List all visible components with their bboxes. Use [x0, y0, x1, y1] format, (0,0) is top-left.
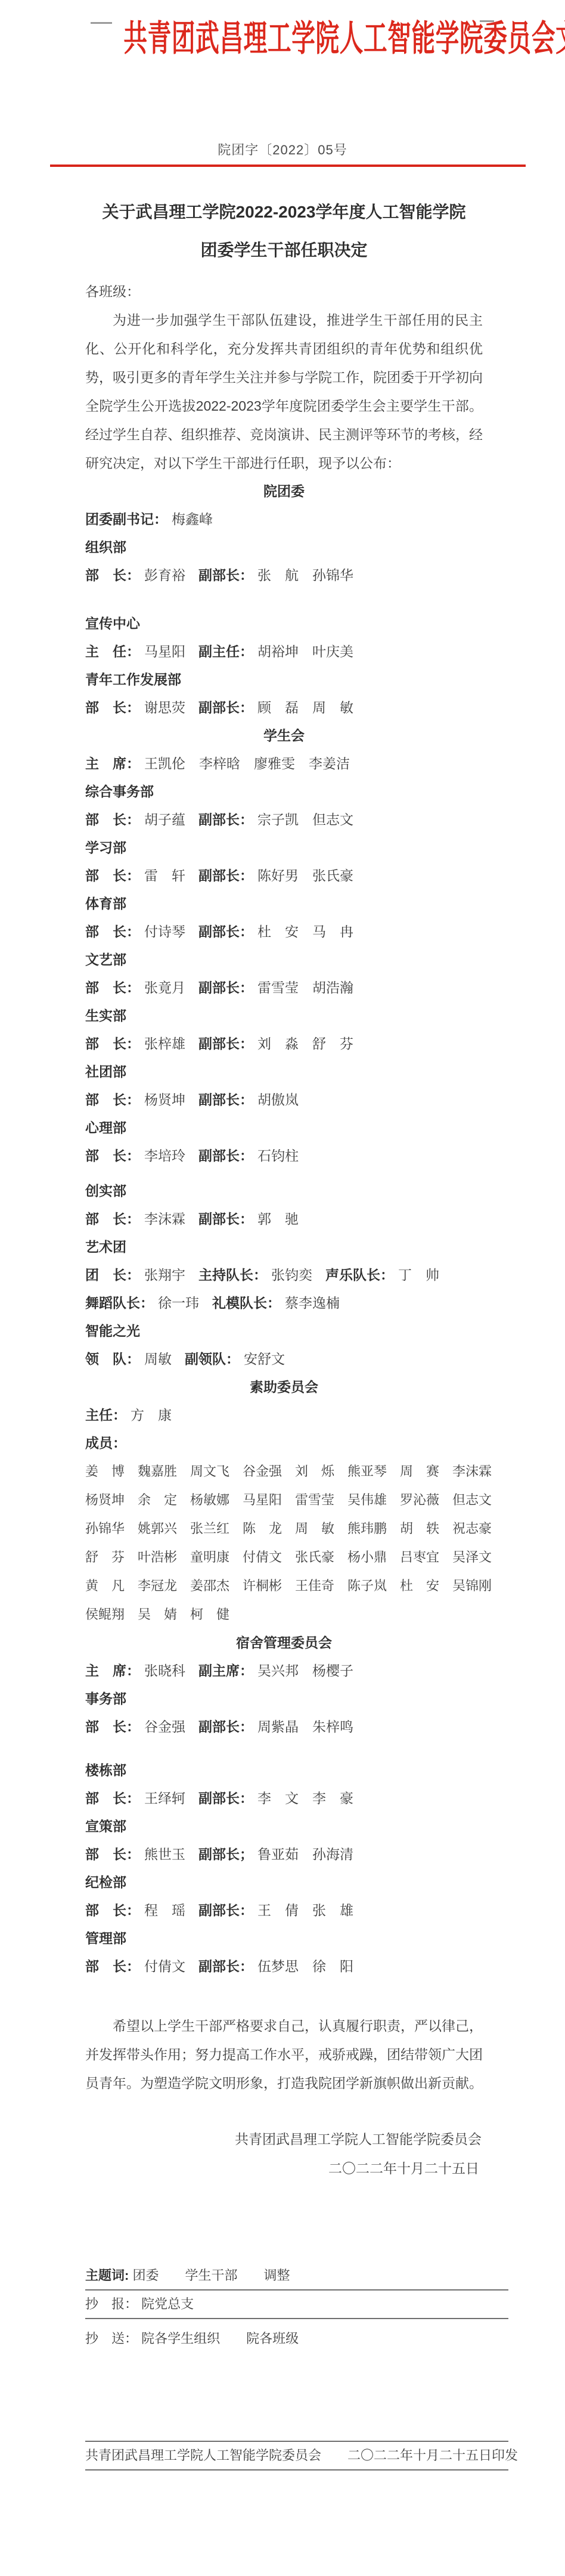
role-part: 部 长：杨贤坤	[85, 1092, 185, 1107]
role-line: 成员：	[85, 1429, 483, 1457]
department-heading: 艺术团	[85, 1233, 483, 1261]
role-line: 团委副书记：梅鑫峰	[85, 505, 483, 533]
role-part: 团委副书记：梅鑫峰	[85, 511, 213, 527]
role-names: 丁 帅	[398, 1267, 439, 1283]
role-label: 副部长：	[198, 1092, 253, 1107]
role-part: 副部长：宗子凯 但志文	[198, 812, 353, 827]
document-title: 关于武昌理工学院2022-2023学年度人工智能学院 团委学生干部任职决定	[85, 193, 483, 269]
role-names: 徐一玮	[158, 1295, 199, 1311]
role-part: 副主席：吴兴邦 杨樱子	[198, 1663, 353, 1678]
role-part: 副部长：顾 磊 周 敏	[198, 700, 353, 715]
role-line: 部 长：谷金强副部长：周紫晶 朱梓鸣	[85, 1713, 483, 1741]
role-label: 部 长：	[85, 812, 140, 827]
role-label: 声乐队长：	[325, 1267, 394, 1283]
role-label: 部 长：	[85, 1902, 140, 1918]
role-part: 副部长：石钧柱	[198, 1148, 299, 1163]
role-line: 部 长：张梓雄副部长：刘 淼 舒 芬	[85, 1030, 483, 1058]
role-names: 张翔宇	[144, 1267, 185, 1283]
role-part: 部 长：张梓雄	[85, 1036, 185, 1051]
role-names: 鲁亚茹 孙海清	[257, 1846, 353, 1862]
document-title-line1: 关于武昌理工学院2022-2023学年度人工智能学院	[85, 193, 483, 231]
department-heading: 宣传中心	[85, 610, 483, 638]
copy-send-label: 抄 送：	[85, 2331, 138, 2346]
department-heading: 体育部	[85, 890, 483, 918]
role-label: 主 席：	[85, 1663, 140, 1678]
role-names: 雷 轩	[144, 868, 185, 883]
copy-send-value: 院各学生组织 院各班级	[141, 2331, 299, 2346]
role-part: 主 席：王凯伦 李梓晗 廖雅雯 李姜洁	[85, 756, 350, 771]
appointments-list: 院团委团委副书记：梅鑫峰组织部部 长：彭育裕副部长：张 航 孙锦华宣传中心主 任…	[85, 477, 483, 1981]
role-label: 团 长：	[85, 1267, 140, 1283]
role-line: 主 席：王凯伦 李梓晗 廖雅雯 李姜洁	[85, 750, 483, 778]
role-names: 顾 磊 周 敏	[257, 700, 353, 715]
role-label: 部 长：	[85, 1959, 140, 1974]
role-part: 副部长：张 航 孙锦华	[198, 567, 353, 583]
members-row: 杨贤坤 余 定 杨敏娜 马星阳 雷雪莹 吴伟雄 罗沁薇 但志文	[85, 1486, 483, 1514]
role-names: 谢思荧	[144, 700, 185, 715]
role-label: 主 任：	[85, 644, 140, 659]
department-heading: 学习部	[85, 834, 483, 862]
role-part: 副部长：刘 淼 舒 芬	[198, 1036, 353, 1051]
role-names: 王凯伦 李梓晗 廖雅雯 李姜洁	[144, 756, 350, 771]
intro-paragraph: 为进一步加强学生干部队伍建设，推进学生干部任用的民主化、公开化和科学化，充分发挥…	[85, 306, 483, 477]
role-label: 副部长：	[198, 1959, 253, 1974]
spacer	[85, 589, 483, 610]
role-names: 付诗琴	[144, 924, 185, 939]
role-names: 张竟月	[144, 980, 185, 995]
role-label: 副领队：	[185, 1351, 240, 1367]
role-part: 副部长：郭 驰	[198, 1211, 299, 1227]
role-names: 杨贤坤	[144, 1092, 185, 1107]
spacer	[85, 1170, 483, 1177]
role-names: 吴兴邦 杨樱子	[257, 1663, 353, 1678]
role-names: 蔡李逸楠	[285, 1295, 340, 1311]
role-label: 礼模队长：	[212, 1295, 281, 1311]
role-label: 部 长：	[85, 1211, 140, 1227]
role-label: 副部长：	[198, 980, 253, 995]
role-names: 胡子蕴	[144, 812, 185, 827]
role-label: 副部长：	[198, 1036, 253, 1051]
role-line: 部 长：付诗琴副部长：杜 安 马 冉	[85, 918, 483, 946]
keywords-row: 主题词: 团委 学生干部 调整	[85, 2262, 508, 2289]
role-label: 副部长：	[198, 924, 253, 939]
role-label: 主任：	[85, 1407, 126, 1423]
role-names: 李培玲	[144, 1148, 185, 1163]
role-names: 郭 驰	[257, 1211, 299, 1227]
role-names: 雷雪莹 胡浩瀚	[257, 980, 353, 995]
role-line: 部 长：雷 轩副部长：陈好男 张氏豪	[85, 862, 483, 890]
role-part: 主任：方 康	[85, 1407, 172, 1423]
role-label: 副主任：	[198, 644, 253, 659]
department-heading: 楼栋部	[85, 1756, 483, 1784]
role-names: 王 倩 张 雄	[257, 1902, 353, 1918]
role-label: 部 长：	[85, 1036, 140, 1051]
role-line: 部 长：胡子蕴副部长：宗子凯 但志文	[85, 806, 483, 834]
role-part: 副部长：周紫晶 朱梓鸣	[198, 1719, 353, 1734]
role-names: 刘 淼 舒 芬	[257, 1036, 353, 1051]
letterhead: 共青团武昌理工学院人工智能学院委员会文件	[0, 0, 565, 59]
footer-spacer	[85, 2352, 508, 2441]
role-names: 杜 安 马 冉	[257, 924, 353, 939]
separator-line	[85, 2469, 508, 2471]
role-part: 领 队：周敏	[85, 1351, 172, 1367]
role-label: 部 长：	[85, 868, 140, 883]
role-names: 方 康	[131, 1407, 172, 1423]
role-part: 部 长：谷金强	[85, 1719, 185, 1734]
role-line: 团 长：张翔宇主持队长：张钧奕声乐队长：丁 帅	[85, 1261, 483, 1289]
role-line: 部 长：杨贤坤副部长：胡傲岚	[85, 1086, 483, 1114]
role-names: 周敏	[144, 1351, 172, 1367]
role-part: 主持队长：张钧奕	[198, 1267, 312, 1283]
members-row: 舒 芬 叶浩彬 童明康 付倩文 张氏豪 杨小鼎 吕枣宜 吴泽文	[85, 1543, 483, 1572]
red-divider-line	[50, 165, 526, 167]
role-label: 部 长：	[85, 924, 140, 939]
role-line: 部 长：王绎轲副部长：李 文 李 豪	[85, 1784, 483, 1812]
role-part: 声乐队长：丁 帅	[325, 1267, 439, 1283]
document-body: 关于武昌理工学院2022-2023学年度人工智能学院 团委学生干部任职决定 各班…	[0, 193, 565, 2183]
department-heading: 社团部	[85, 1058, 483, 1086]
role-names: 程 瑶	[144, 1902, 185, 1918]
role-names: 付倩文	[144, 1959, 185, 1974]
role-part: 主 任：马星阳	[85, 644, 185, 659]
role-part: 主 席：张晓科	[85, 1663, 185, 1678]
copy-report-value: 院党总支	[141, 2296, 194, 2311]
members-row: 姜 博 魏嘉胜 周文飞 谷金强 刘 烁 熊亚琴 周 赛 李沫霖	[85, 1457, 483, 1486]
department-heading: 综合事务部	[85, 778, 483, 806]
committee-heading: 素助委员会	[85, 1373, 483, 1401]
department-heading: 文艺部	[85, 946, 483, 974]
role-line: 主 席：张晓科副主席：吴兴邦 杨樱子	[85, 1657, 483, 1685]
role-line: 部 长：谢思荧副部长：顾 磊 周 敏	[85, 694, 483, 722]
copy-send-row: 抄 送： 院各学生组织 院各班级	[85, 2325, 508, 2352]
department-heading: 管理部	[85, 1925, 483, 1953]
role-names: 梅鑫峰	[172, 511, 213, 527]
role-label: 部 长：	[85, 1790, 140, 1806]
role-label: 副部长：	[198, 1902, 253, 1918]
committee-heading: 院团委	[85, 477, 483, 505]
document-number: 院团字〔2022〕05号	[0, 140, 565, 159]
role-label: 副部长：	[198, 868, 253, 883]
department-heading: 青年工作发展部	[85, 666, 483, 694]
role-line: 部 长：熊世玉副部长；鲁亚茹 孙海清	[85, 1841, 483, 1869]
role-names: 胡傲岚	[257, 1092, 299, 1107]
role-part: 部 长：李培玲	[85, 1148, 185, 1163]
committee-heading: 学生会	[85, 722, 483, 750]
role-label: 部 长：	[85, 1092, 140, 1107]
committee-heading: 宿舍管理委员会	[85, 1629, 483, 1657]
document-page: 共青团武昌理工学院人工智能学院委员会文件 院团字〔2022〕05号 关于武昌理工…	[0, 0, 565, 2576]
role-names: 彭育裕	[144, 567, 185, 583]
role-label: 主持队长：	[198, 1267, 267, 1283]
department-heading: 智能之光	[85, 1317, 483, 1345]
role-label: 主 席：	[85, 756, 140, 771]
role-names: 熊世玉	[144, 1846, 185, 1862]
role-part: 部 长：胡子蕴	[85, 812, 185, 827]
role-names: 胡裕坤 叶庆美	[257, 644, 353, 659]
copy-report-label: 抄 报：	[85, 2296, 138, 2311]
role-part: 部 长：彭育裕	[85, 567, 185, 583]
department-heading: 心理部	[85, 1114, 483, 1142]
role-part: 副主任：胡裕坤 叶庆美	[198, 644, 353, 659]
role-names: 石钧柱	[257, 1148, 299, 1163]
role-label: 部 长：	[85, 1148, 140, 1163]
imprint-row: 共青团武昌理工学院人工智能学院委员会 二〇二二年十月二十五日印发	[85, 2442, 508, 2469]
role-part: 部 长：程 瑶	[85, 1902, 185, 1918]
closing-paragraph: 希望以上学生干部严格要求自己，认真履行职责，严以律己，并发挥带头作用；努力提高工…	[85, 2012, 483, 2097]
role-label: 成员：	[85, 1435, 126, 1451]
role-label: 副部长：	[198, 1719, 253, 1734]
role-names: 伍梦思 徐 阳	[257, 1959, 353, 1974]
separator-line	[85, 2318, 508, 2319]
copy-report-row: 抄 报： 院党总支	[85, 2291, 508, 2318]
spacer	[85, 1741, 483, 1756]
role-line: 部 长：李沫霖副部长：郭 驰	[85, 1205, 483, 1233]
role-names: 张晓科	[144, 1663, 185, 1678]
salutation: 各班级：	[85, 278, 483, 306]
members-row: 黄 凡 李冠龙 姜邵杰 许桐彬 王佳奇 陈子岚 杜 安 吴锦刚	[85, 1572, 483, 1600]
role-line: 领 队：周敏副领队：安舒文	[85, 1345, 483, 1373]
department-heading: 纪检部	[85, 1869, 483, 1897]
department-heading: 创实部	[85, 1177, 483, 1205]
role-label: 部 长：	[85, 1719, 140, 1734]
document-footer: 主题词: 团委 学生干部 调整 抄 报： 院党总支 抄 送： 院各学生组织 院各…	[0, 2262, 565, 2471]
role-part: 部 长：付诗琴	[85, 924, 185, 939]
role-part: 副部长：胡傲岚	[198, 1092, 299, 1107]
role-line: 部 长：彭育裕副部长：张 航 孙锦华	[85, 561, 483, 589]
role-names: 张钧奕	[271, 1267, 312, 1283]
role-label: 部 长：	[85, 700, 140, 715]
members-row: 侯鲲翔 吴 婧 柯 健	[85, 1600, 483, 1629]
role-part: 副部长：杜 安 马 冉	[198, 924, 353, 939]
role-part: 礼模队长：蔡李逸楠	[212, 1295, 340, 1311]
role-names: 李 文 李 豪	[257, 1790, 353, 1806]
role-label: 副主席：	[198, 1663, 253, 1678]
department-heading: 生实部	[85, 1002, 483, 1030]
role-names: 宗子凯 但志文	[257, 812, 353, 827]
role-label: 副部长：	[198, 567, 253, 583]
keywords-value: 团委 学生干部 调整	[132, 2268, 290, 2283]
role-label: 副部长：	[198, 1790, 253, 1806]
role-label: 副部长：	[198, 1211, 253, 1227]
role-names: 周紫晶 朱梓鸣	[257, 1719, 353, 1734]
keywords-label: 主题词:	[85, 2268, 129, 2283]
role-part: 副部长；鲁亚茹 孙海清	[198, 1846, 353, 1862]
role-line: 舞蹈队长：徐一玮礼模队长：蔡李逸楠	[85, 1289, 483, 1317]
role-label: 副部长：	[198, 812, 253, 827]
role-part: 副部长：陈好男 张氏豪	[198, 868, 353, 883]
role-line: 部 长：付倩文副部长：伍梦思 徐 阳	[85, 1953, 483, 1981]
role-part: 部 长：熊世玉	[85, 1846, 185, 1862]
department-heading: 宣策部	[85, 1812, 483, 1841]
role-part: 部 长：王绎轲	[85, 1790, 185, 1806]
scan-artifact	[91, 22, 112, 24]
role-label: 领 队：	[85, 1351, 140, 1367]
role-part: 舞蹈队长：徐一玮	[85, 1295, 199, 1311]
role-names: 张梓雄	[144, 1036, 185, 1051]
role-label: 副部长：	[198, 1148, 253, 1163]
role-part: 副部长：雷雪莹 胡浩瀚	[198, 980, 353, 995]
role-part: 部 长：李沫霖	[85, 1211, 185, 1227]
signature-date: 二〇二二年十月二十五日	[85, 2153, 483, 2183]
document-title-line2: 团委学生干部任职决定	[85, 231, 483, 269]
role-part: 副部长：伍梦思 徐 阳	[198, 1959, 353, 1974]
role-part: 部 长：谢思荧	[85, 700, 185, 715]
role-label: 部 长：	[85, 567, 140, 583]
role-part: 部 长：付倩文	[85, 1959, 185, 1974]
role-line: 部 长：程 瑶副部长：王 倩 张 雄	[85, 1897, 483, 1925]
role-part: 副部长：王 倩 张 雄	[198, 1902, 353, 1918]
role-line: 主 任：马星阳副主任：胡裕坤 叶庆美	[85, 638, 483, 666]
role-names: 王绎轲	[144, 1790, 185, 1806]
role-names: 张 航 孙锦华	[257, 567, 353, 583]
role-names: 陈好男 张氏豪	[257, 868, 353, 883]
members-row: 孙锦华 姚郭兴 张兰红 陈 龙 周 敏 熊玮鹏 胡 轶 祝志豪	[85, 1514, 483, 1543]
role-part: 副部长：李 文 李 豪	[198, 1790, 353, 1806]
role-label: 部 长：	[85, 1846, 140, 1862]
role-names: 谷金强	[144, 1719, 185, 1734]
role-label: 舞蹈队长：	[85, 1295, 154, 1311]
role-line: 部 长：张竟月副部长：雷雪莹 胡浩瀚	[85, 974, 483, 1002]
role-names: 李沫霖	[144, 1211, 185, 1227]
role-names: 马星阳	[144, 644, 185, 659]
role-part: 部 长：雷 轩	[85, 868, 185, 883]
role-line: 部 长：李培玲副部长：石钧柱	[85, 1142, 483, 1170]
letterhead-title: 共青团武昌理工学院人工智能学院委员会文件	[123, 18, 565, 59]
signature-org: 共青团武昌理工学院人工智能学院委员会	[85, 2125, 483, 2153]
role-part: 部 长：张竟月	[85, 980, 185, 995]
role-part: 团 长：张翔宇	[85, 1267, 185, 1283]
role-line: 主任：方 康	[85, 1401, 483, 1429]
role-label: 副部长：	[198, 700, 253, 715]
role-names: 安舒文	[244, 1351, 285, 1367]
role-label: 部 长：	[85, 980, 140, 995]
role-part: 成员：	[85, 1435, 126, 1451]
role-label: 副部长；	[198, 1846, 253, 1862]
role-part: 副领队：安舒文	[185, 1351, 285, 1367]
department-heading: 组织部	[85, 533, 483, 561]
role-label: 团委副书记：	[85, 511, 167, 527]
department-heading: 事务部	[85, 1685, 483, 1713]
